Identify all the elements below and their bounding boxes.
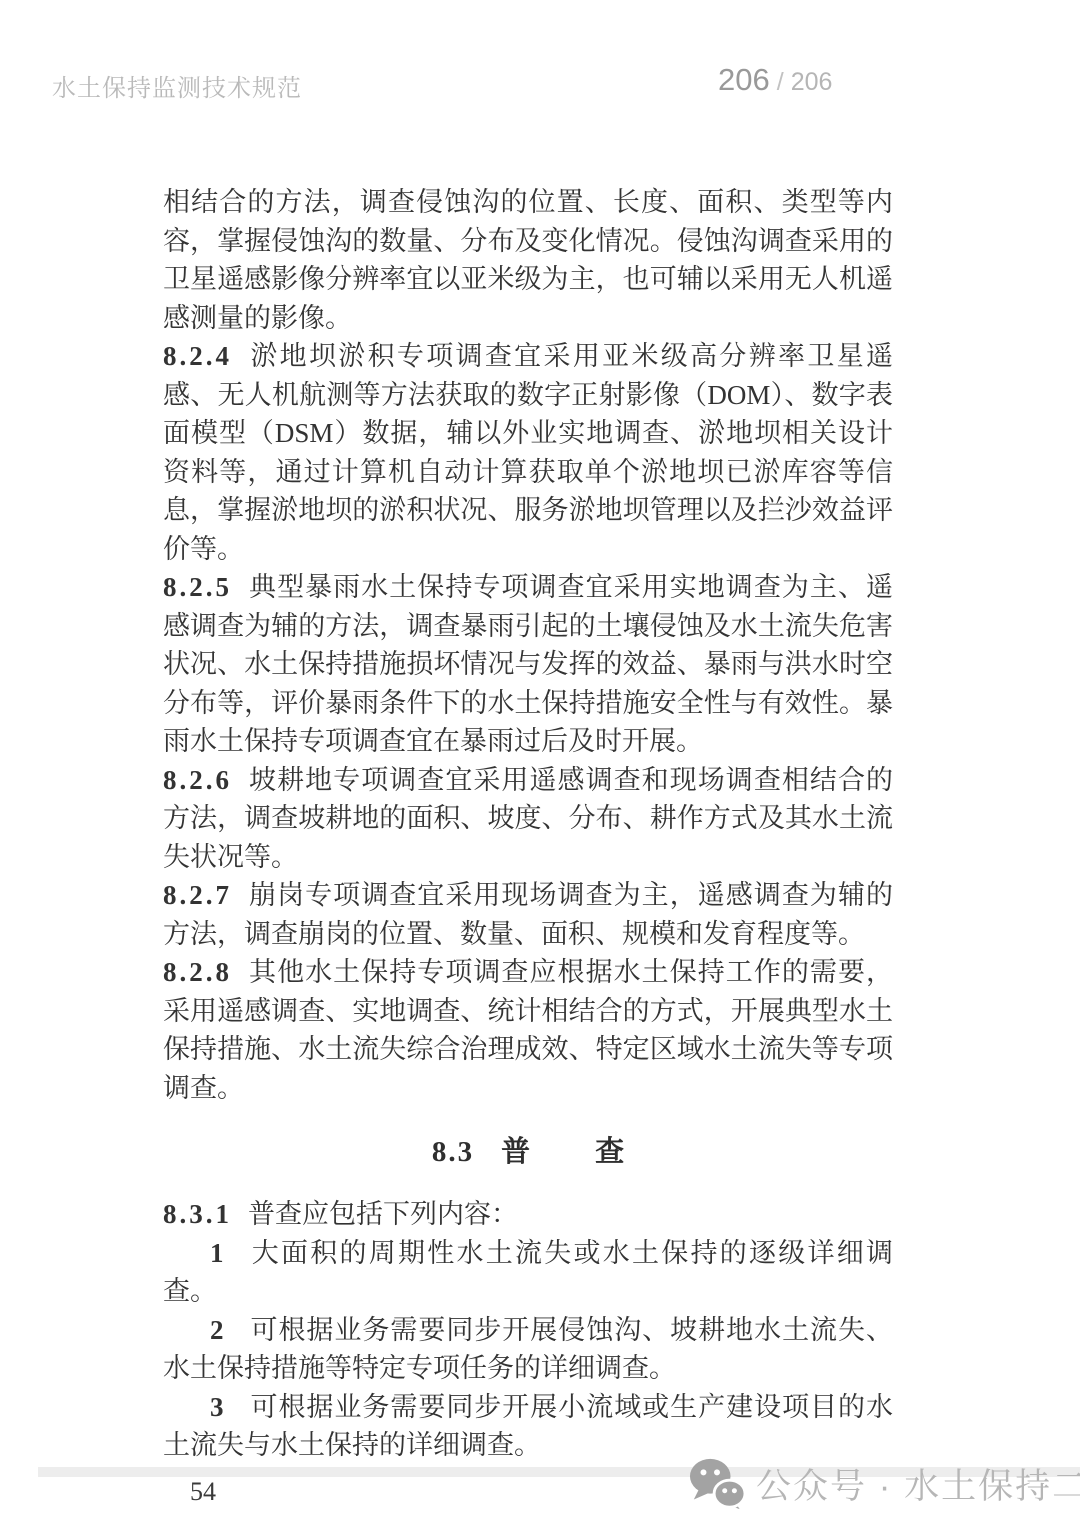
page-content: 相结合的方法，调查侵蚀沟的位置、长度、面积、类型等内容，掌握侵蚀沟的数量、分布及… [163, 183, 893, 1507]
document-title: 水土保持监测技术规范 [52, 68, 302, 103]
list-item: 1大面积的周期性水土流失或水土保持的逐级详细调查。 [163, 1234, 893, 1311]
paragraph: 8.2.4淤地坝淤积专项调查宜采用亚米级高分辨率卫星遥感、无人机航测等方法获取的… [163, 337, 893, 568]
list-item: 3可根据业务需要同步开展小流域或生产建设项目的水土流失与水土保持的详细调查。 [163, 1388, 893, 1465]
list-item-number: 2 [210, 1315, 224, 1345]
wechat-icon [688, 1456, 746, 1512]
section-number: 8.2.8 [163, 957, 232, 987]
paragraph-text: 其他水土保持专项调查应根据水土保持工作的需要，采用遥感调查、实地调查、统计相结合… [163, 957, 893, 1103]
list-item-text: 可根据业务需要同步开展小流域或生产建设项目的水土流失与水土保持的详细调查。 [163, 1392, 893, 1461]
section-heading-word2: 查 [595, 1136, 624, 1168]
paragraph: 8.2.5典型暴雨水土保持专项调查宜采用实地调查为主、遥感调查为辅的方法，调查暴… [163, 568, 893, 761]
paragraph-text: 淤地坝淤积专项调查宜采用亚米级高分辨率卫星遥感、无人机航测等方法获取的数字正射影… [163, 341, 893, 564]
section-heading-word1: 普 [501, 1136, 530, 1168]
section-heading-number: 8.3 [432, 1136, 474, 1168]
section-number: 8.3.1 [163, 1199, 232, 1229]
paragraph: 8.2.6坡耕地专项调查宜采用遥感调查和现场调查相结合的方法，调查坡耕地的面积、… [163, 761, 893, 877]
list-intro: 8.3.1普查应包括下列内容： [163, 1195, 893, 1234]
page-current: 206 [718, 62, 770, 97]
paragraph-text: 崩岗专项调查宜采用现场调查为主，遥感调查为辅的方法，调查崩岗的位置、数量、面积、… [163, 880, 893, 949]
paragraph: 相结合的方法，调查侵蚀沟的位置、长度、面积、类型等内容，掌握侵蚀沟的数量、分布及… [163, 183, 893, 337]
list-item-text: 大面积的周期性水土流失或水土保持的逐级详细调查。 [163, 1238, 893, 1307]
watermark-text: 公众号 · 水土保持二三 [756, 1459, 1080, 1509]
watermark: 公众号 · 水土保持二三 [688, 1456, 1080, 1512]
list-item-number: 3 [210, 1392, 224, 1422]
section-number: 8.2.4 [163, 341, 232, 371]
paragraph-text: 相结合的方法，调查侵蚀沟的位置、长度、面积、类型等内容，掌握侵蚀沟的数量、分布及… [163, 187, 893, 333]
page-total: 206 [791, 68, 833, 96]
list-item: 2可根据业务需要同步开展侵蚀沟、坡耕地水土流失、水土保持措施等特定专项任务的详细… [163, 1311, 893, 1388]
page-indicator: 206/206 [718, 62, 832, 98]
paragraph-list: 相结合的方法，调查侵蚀沟的位置、长度、面积、类型等内容，掌握侵蚀沟的数量、分布及… [163, 183, 893, 1107]
numbered-list: 1大面积的周期性水土流失或水土保持的逐级详细调查。2可根据业务需要同步开展侵蚀沟… [163, 1234, 893, 1465]
paragraph: 8.2.7崩岗专项调查宜采用现场调查为主，遥感调查为辅的方法，调查崩岗的位置、数… [163, 876, 893, 953]
list-item-number: 1 [210, 1238, 224, 1268]
section-heading: 8.3普查 [163, 1131, 893, 1173]
page-separator: / [777, 68, 784, 96]
paragraph-text: 典型暴雨水土保持专项调查宜采用实地调查为主、遥感调查为辅的方法，调查暴雨引起的土… [163, 572, 893, 756]
paragraph: 8.2.8其他水土保持专项调查应根据水土保持工作的需要，采用遥感调查、实地调查、… [163, 953, 893, 1107]
paragraph-text: 坡耕地专项调查宜采用遥感调查和现场调查相结合的方法，调查坡耕地的面积、坡度、分布… [163, 765, 893, 872]
section-number: 8.2.5 [163, 572, 232, 602]
list-intro-text: 普查应包括下列内容： [248, 1199, 518, 1229]
section-number: 8.2.7 [163, 880, 232, 910]
list-item-text: 可根据业务需要同步开展侵蚀沟、坡耕地水土流失、水土保持措施等特定专项任务的详细调… [163, 1315, 893, 1384]
section-number: 8.2.6 [163, 765, 232, 795]
